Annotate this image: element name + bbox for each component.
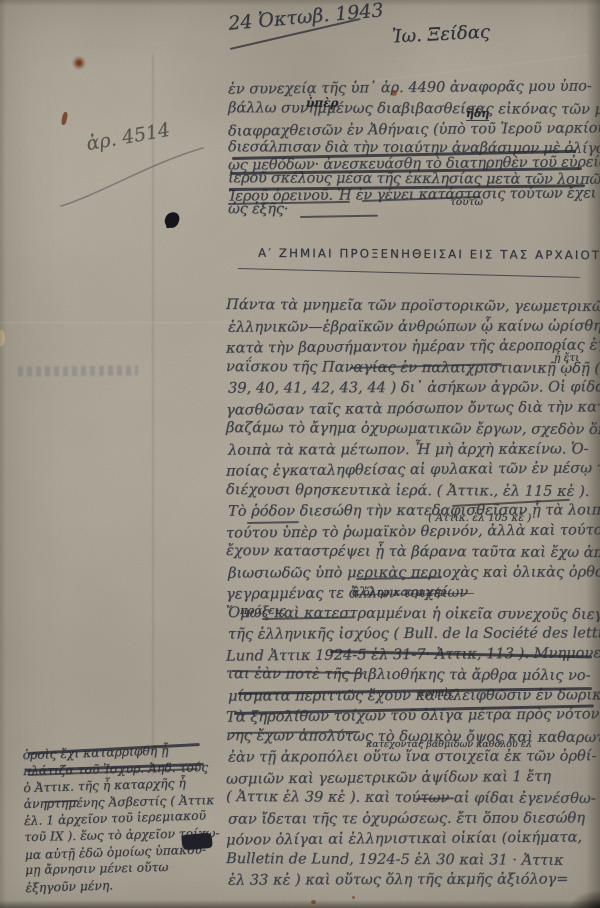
interlinear-insertion: πράξεις	[240, 603, 286, 617]
handwritten-line: διέχουσι θρησκευτικὰ ἱερά. ( Ἀττικ., ἑλ …	[226, 480, 598, 502]
handwritten-line: Πάντα τὰ μνημεῖα τῶν προϊστορικῶν, γεωμε…	[226, 295, 598, 317]
handwritten-line: ποίας ἐγκαταληφθείσας αἱ φυλακαὶ τῶν ἐν …	[226, 458, 598, 482]
interlinear-insertion: ἤδη	[466, 107, 489, 121]
handwritten-line: τῆς ἑλληνικῆς ἰσχύος ( Bull. de la Socié…	[228, 623, 600, 645]
fold-crease-horizontal	[0, 322, 230, 323]
manuscript-page: 24 Ὀκτωβ. 1943 Ἰω. Ξείδας ἀρ. 4514 ἐν συ…	[0, 0, 600, 908]
file-number-swoosh-stroke	[55, 132, 210, 217]
heading-underline-stroke	[238, 268, 580, 278]
paper-chip	[0, 330, 5, 346]
handwritten-line: γασθῶσαν ταῖς κατὰ πρόσωπον ὄντως διὰ τὴ…	[226, 397, 598, 421]
handwritten-line: μόνον ὀλίγαι αἱ ἑλληνιστικαὶ οἰκίαι (οἰκ…	[226, 827, 598, 851]
handwritten-line: τούτου ὑπὲρ τὸ ῥωμαϊκὸν θερινόν, ἀλλὰ κα…	[226, 520, 598, 544]
handwritten-line: ἑλληνικῶν—ἑβραϊκῶν ἀνθρώπων ᾧ καίνω ὡρίσ…	[228, 316, 600, 338]
handwritten-line: 39, 40, 41, 42, 43, 44 ) δι᾽ ἀσήκων ἀγρῶ…	[228, 377, 600, 399]
interlinear-insertion: ὑπὲρ	[306, 96, 338, 110]
bleed-through-text-band	[18, 365, 138, 376]
scribble-blot	[181, 833, 212, 851]
interlinear-insertion: ᾗ ἔτι	[554, 352, 579, 364]
handwritten-line: ναΐσκου τῆς Παναγίας ἐν παλαιχριστιανικῇ…	[226, 357, 598, 379]
interlinear-insertion: κατέχοντας βαθμίδων καθόλου ἑλ	[366, 739, 532, 750]
page-edge-top	[0, 0, 600, 6]
handwritten-line: Τὸ ῥόδον διεσώθη τὴν κατεδαφισθεῖσαν ᾗ τ…	[228, 500, 600, 522]
handwritten-line: ται ἐὰν ποτὲ τῆς βιβλιοθήκης τὰ ἄρθρα μό…	[226, 664, 598, 686]
handwritten-line: ἔχουν καταστρέψει ᾗ τὰ βάρανα ταῦτα καὶ …	[226, 541, 598, 563]
handwritten-line: λοιπὰ τὰ κατὰ μέτωπον. Ἦ μὴ ἀρχὴ κἀκείνω…	[228, 439, 600, 461]
handwritten-line: βάλλω συνημμένως διαβιβασθείσας εἰκόνας …	[228, 98, 594, 121]
rust-stain	[61, 112, 69, 126]
rust-stain	[352, 896, 355, 899]
handwritten-line: ( Ἀττικ ἑλ 39 κἑ ). καὶ τούτων αἱ φίδαι …	[226, 787, 598, 809]
handwritten-line: ωσμιῶν καὶ γεωμετρικῶν ἁψίδων καὶ 1 ἔτη	[226, 766, 598, 790]
handwritten-line: κατὰ τὴν βαρυσήμαντον ἡμέραν τῆς ἀεροπορ…	[226, 335, 598, 359]
page-corner-bottom-right	[570, 890, 600, 908]
rust-stain	[72, 56, 86, 70]
handwritten-line: ἑλ 33 κἑ ) καὶ οὕτως ὅλη τῆς ἀκμῆς ἀξιόλ…	[228, 869, 600, 891]
handwritten-line: ἐν συνεχείᾳ τῆς ὑπ᾽ ἀρ. 4490 ἀναφορᾶς μο…	[228, 76, 594, 100]
handwritten-line: βιωσιωδῶς ὑπὸ μερικὰς περιοχὰς καὶ ὁλικὰ…	[228, 562, 600, 584]
page-edge-left	[0, 0, 6, 908]
section-heading: Α′ ΖΗΜΙΑΙ ΠΡΟΞΕΝΗΘΕΙΣΑΙ ΕΙΣ ΤΑΣ ΑΡΧΑΙΟΤΗ…	[258, 246, 588, 262]
name-annotation: Ἰω. Ξείδας	[392, 21, 491, 47]
interlinear-insertion: ( Ἀττικ. ἑλ 105 κἑ )	[428, 512, 531, 524]
handwritten-line: ὡς ἑξῆς·	[228, 202, 594, 219]
handwritten-line: σαν ἴδεται τῆς τε ὀχυρώσεως. ἔτι ὅπου δι…	[228, 808, 600, 830]
page-edge-bottom	[0, 900, 600, 908]
handwritten-line: Bulletin de Lund, 1924-5 ἑλ 30 καὶ 31 · …	[226, 849, 598, 871]
handwritten-line: βαζάμω τὸ ἄγημα ὀχυρωματικῶν ἔργων, σχεδ…	[226, 418, 598, 440]
rust-stain	[311, 900, 316, 904]
